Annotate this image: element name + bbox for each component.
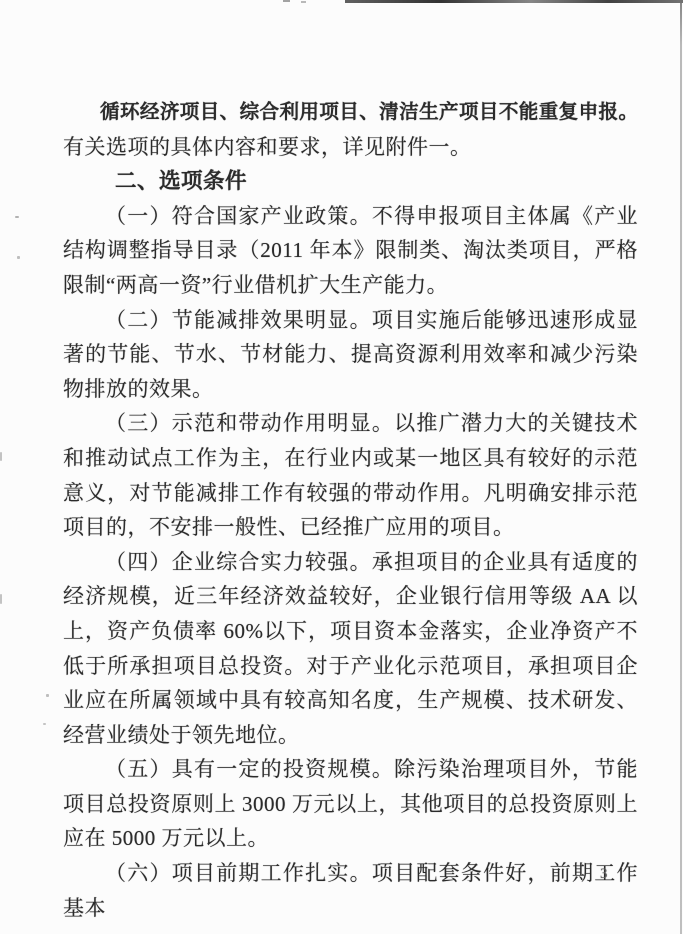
scan-speck [0,594,2,604]
paragraph-condition-5: （五）具有一定的投资规模。除污染治理项目外，节能项目总投资原则上 3000 万元… [63,752,638,856]
paragraph-condition-2: （二）节能减排效果明显。项目实施后能够迅速形成显著的节能、节水、节材能力、提高资… [63,303,638,407]
scan-speck [15,216,19,218]
scan-speck [17,256,20,259]
paragraph-condition-1: （一）符合国家产业政策。不得申报项目主体属《产业结构调整指导目录（2011 年本… [63,199,638,303]
paragraph-condition-6: （六）项目前期工作扎实。项目配套条件好，前期工作基本 [63,856,638,925]
scan-speck [43,723,46,725]
scan-speck [46,694,49,697]
scan-artifact-right-edge [680,0,682,934]
paragraph-condition-4: （四）企业综合实力较强。承担项目的企业具有适度的经济规模，近三年经济效益较好，企… [63,545,638,753]
scan-speck [301,1,306,3]
intro-rest-sentence: 有关选项的具体内容和要求，详见附件一。 [63,135,472,159]
scan-artifact-top-edge [345,0,683,3]
scanned-document-page: 循环经济项目、综合利用项目、清洁生产项目不能重复申报。有关选项的具体内容和要求，… [0,0,683,934]
paragraph-condition-3: （三）示范和带动作用明显。以推广潜力大的关键技术和推动试点工作为主，在行业内或某… [63,406,638,544]
intro-bold-sentence: 循环经济项目、综合利用项目、清洁生产项目不能重复申报。 [100,101,638,123]
intro-paragraph: 循环经济项目、综合利用项目、清洁生产项目不能重复申报。有关选项的具体内容和要求，… [63,94,638,164]
document-body: 循环经济项目、综合利用项目、清洁生产项目不能重复申报。有关选项的具体内容和要求，… [63,94,638,925]
section-heading: 二、选项条件 [63,164,638,199]
scan-speck [283,0,290,2]
page-number: 3 [600,866,608,883]
scan-speck [0,452,2,461]
